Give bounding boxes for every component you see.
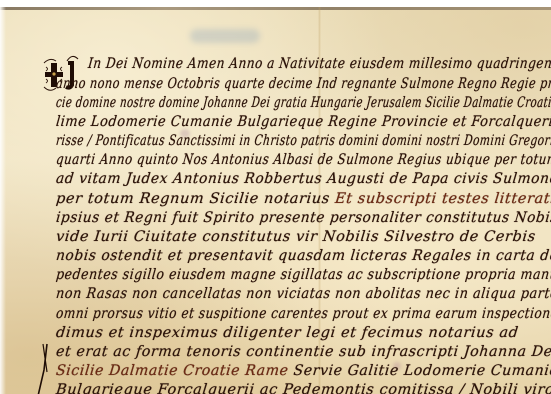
faded-ink-smudge — [190, 29, 260, 43]
text-line-17: Sicilie Dalmatie Croatie Rame Servie Gal… — [55, 363, 551, 379]
text-line-18: Bulgarieque Forcalquerii ac Pedemontis c… — [55, 382, 551, 394]
parchment-top-edge — [0, 7, 551, 10]
text-line-15: dimus et inspeximus diligenter legi et f… — [55, 325, 519, 341]
text-line-10: vide Iurii Ciuitate constitutus vir Nobi… — [55, 229, 536, 245]
text-line-2: anno nono mense Octobris quarte decime I… — [55, 76, 551, 92]
text-line-12: pedentes sigillo eiusdem magne sigillata… — [55, 267, 551, 283]
parchment-left-edge — [0, 7, 6, 394]
text-line-8: per totum Regnum Sicilie notarius Et sub… — [55, 191, 551, 207]
text-line-11: nobis ostendit et presentavit quasdam li… — [55, 248, 551, 264]
text-line-1: In Dei Nomine Amen Anno a Nativitate eiu… — [87, 56, 551, 72]
text-line-4: lime Lodomerie Cumanie Bulgarieque Regin… — [55, 114, 551, 130]
text-line-14: omni prorsus vitio et suspitione carente… — [55, 306, 551, 322]
text-line-13: non Rasas non cancellatas non viciatas n… — [55, 286, 551, 302]
parchment-document: In Dei Nomine Amen Anno a Nativitate eiu… — [0, 7, 551, 394]
marginal-flourish-icon — [36, 342, 50, 394]
text-line-16: et erat ac forma tenoris continentie sub… — [55, 344, 551, 360]
text-line-9: ipsius et Regni fuit Spirito presente pe… — [55, 210, 551, 226]
text-line-5: risse / Pontificatus Sanctissimi in Chri… — [55, 133, 551, 149]
text-line-7: ad vitam Judex Antonius Robbertus August… — [55, 171, 551, 187]
text-line-3: cie domine nostre domine Johanne Dei gra… — [55, 95, 551, 111]
text-line-6: quarti Anno quinto Nos Antonius Albasi d… — [55, 152, 551, 168]
